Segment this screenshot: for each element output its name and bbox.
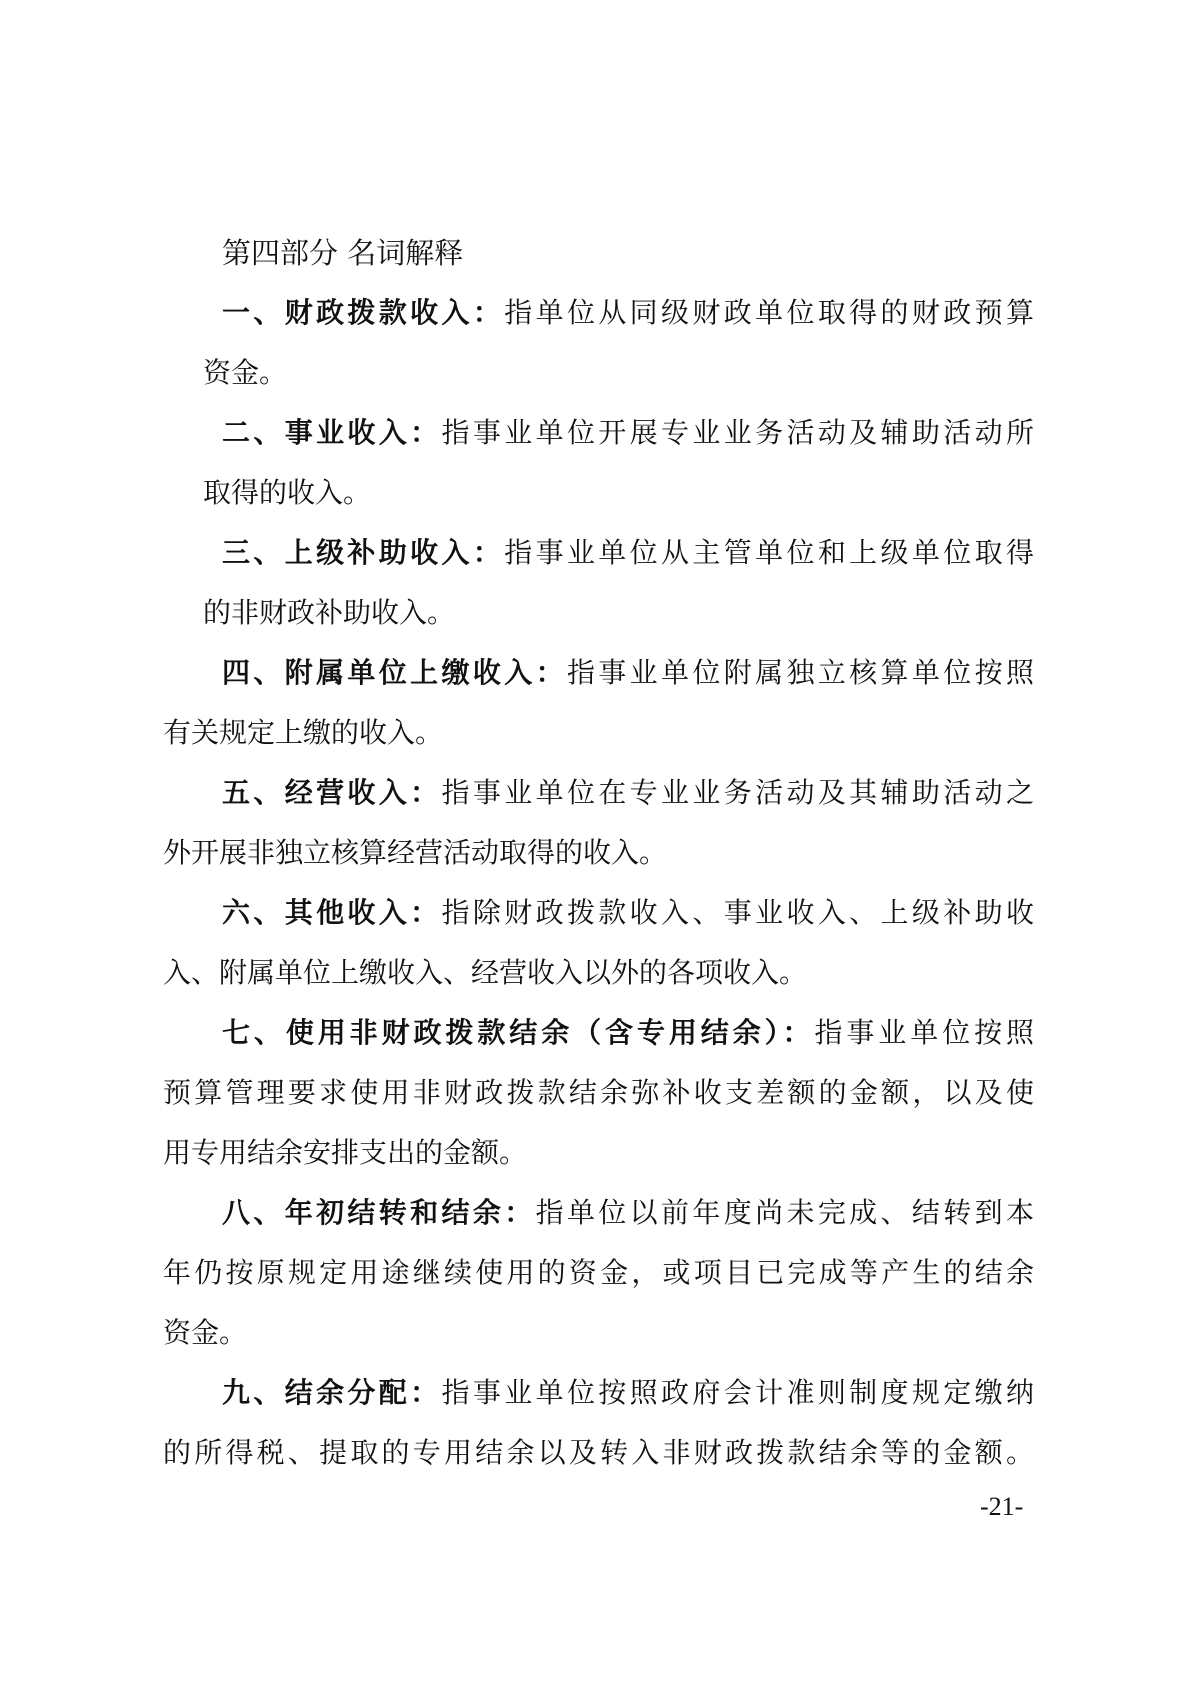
definition-item-3: 三、上级补助收入：指事业单位从主管单位和上级单位取得	[222, 533, 1034, 573]
definition-item-2: 二、事业收入：指事业单位开展专业业务活动及辅助活动所	[222, 413, 1034, 453]
term-label: 七、使用非财政拨款结余（含专用结余）：	[222, 1016, 814, 1049]
term-label: 一、财政拨款收入：	[222, 296, 504, 329]
definition-continuation: 有关规定上缴的收入。	[163, 713, 443, 753]
definition-continuation: 入、附属单位上缴收入、经营收入以外的各项收入。	[163, 953, 807, 993]
definition-continuation: 预算管理要求使用非财政拨款结余弥补收支差额的金额，以及使	[163, 1073, 1034, 1113]
definition-text: 指事业单位按照	[814, 1016, 1034, 1049]
definition-continuation: 的非财政补助收入。	[203, 593, 455, 633]
term-label: 八、年初结转和结余：	[222, 1196, 536, 1229]
definition-text: 指除财政拨款收入、事业收入、上级补助收	[442, 896, 1034, 929]
definition-continuation: 取得的收入。	[203, 473, 371, 513]
definition-continuation: 的所得税、提取的专用结余以及转入非财政拨款结余等的金额。	[163, 1433, 1034, 1473]
definition-text: 指事业单位开展专业业务活动及辅助活动所	[442, 416, 1034, 449]
definition-text: 指事业单位从主管单位和上级单位取得	[504, 536, 1034, 569]
definition-continuation: 外开展非独立核算经营活动取得的收入。	[163, 833, 667, 873]
definition-text: 指单位以前年度尚未完成、结转到本	[536, 1196, 1034, 1229]
term-label: 三、上级补助收入：	[222, 536, 504, 569]
definition-continuation: 资金。	[163, 1313, 247, 1353]
term-label: 九、结余分配：	[222, 1376, 442, 1409]
definition-item-6: 六、其他收入：指除财政拨款收入、事业收入、上级补助收	[222, 893, 1034, 933]
definition-text: 指事业单位按照政府会计准则制度规定缴纳	[442, 1376, 1034, 1409]
term-label: 六、其他收入：	[222, 896, 442, 929]
definition-text: 指事业单位在专业业务活动及其辅助活动之	[442, 776, 1034, 809]
definition-item-5: 五、经营收入：指事业单位在专业业务活动及其辅助活动之	[222, 773, 1034, 813]
definition-item-1: 一、财政拨款收入：指单位从同级财政单位取得的财政预算	[222, 293, 1034, 333]
definition-item-8: 八、年初结转和结余：指单位以前年度尚未完成、结转到本	[222, 1193, 1034, 1233]
definition-text: 指事业单位附属独立核算单位按照	[567, 656, 1034, 689]
definition-item-7: 七、使用非财政拨款结余（含专用结余）：指事业单位按照	[222, 1013, 1034, 1053]
definition-continuation: 资金。	[203, 353, 287, 393]
page-number: -21-	[980, 1490, 1023, 1524]
definition-continuation: 用专用结余安排支出的金额。	[163, 1133, 527, 1173]
term-label: 二、事业收入：	[222, 416, 442, 449]
definition-item-9: 九、结余分配：指事业单位按照政府会计准则制度规定缴纳	[222, 1373, 1034, 1413]
definition-continuation: 年仍按原规定用途继续使用的资金，或项目已完成等产生的结余	[163, 1253, 1034, 1293]
term-label: 四、附属单位上缴收入：	[222, 656, 567, 689]
term-label: 五、经营收入：	[222, 776, 442, 809]
section-heading: 第四部分 名词解释	[222, 233, 463, 273]
definition-item-4: 四、附属单位上缴收入：指事业单位附属独立核算单位按照	[222, 653, 1034, 693]
definition-text: 指单位从同级财政单位取得的财政预算	[504, 296, 1034, 329]
